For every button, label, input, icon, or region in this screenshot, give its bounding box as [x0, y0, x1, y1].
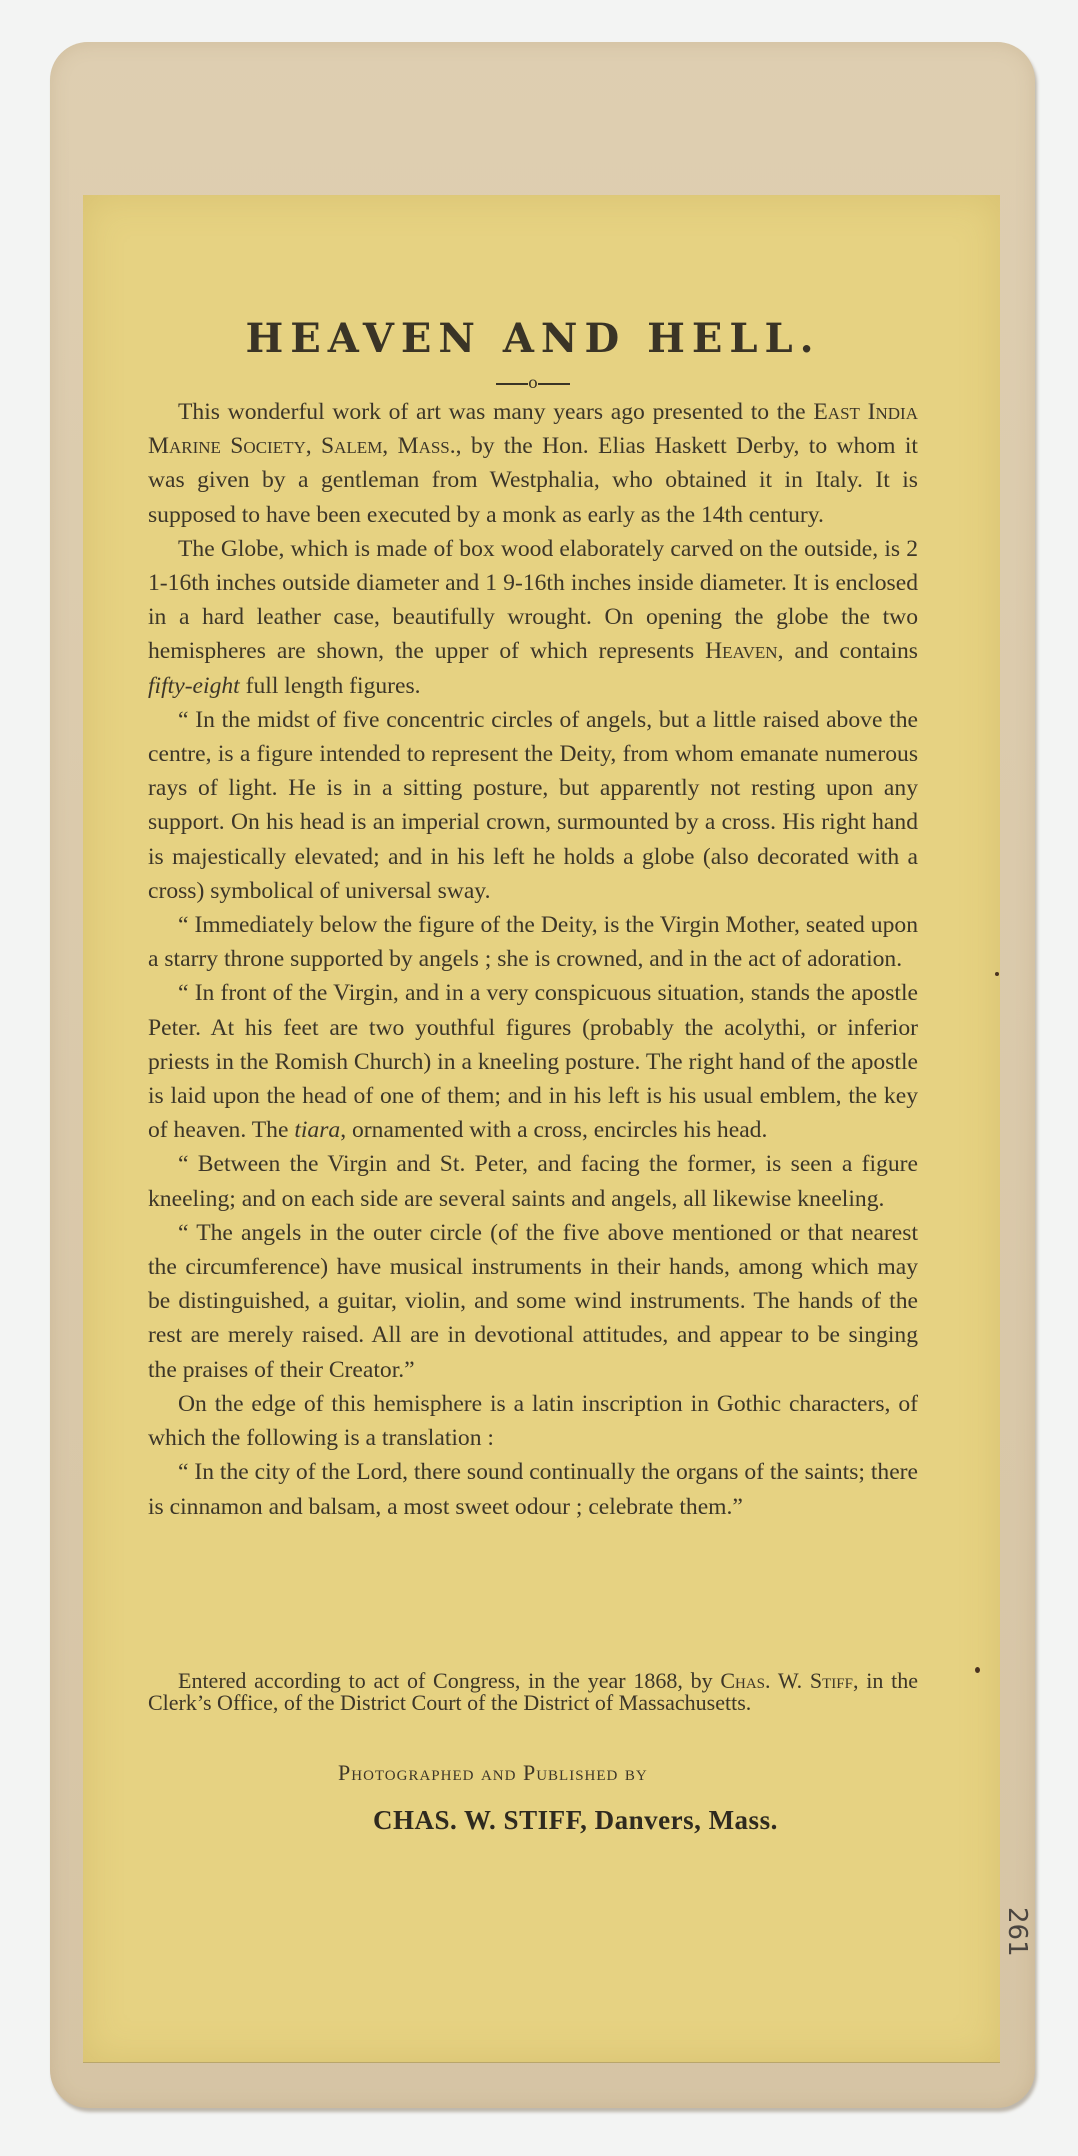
title-divider: o [148, 373, 918, 392]
body-paragraph: “ In the midst of five concentric circle… [148, 703, 918, 908]
body-paragraph: “ Between the Virgin and St. Peter, and … [148, 1147, 918, 1215]
card-mount: HEAVEN AND HELL. o This wonderful work o… [50, 42, 1035, 2108]
body-paragraph: “ In the city of the Lord, there sound c… [148, 1455, 918, 1523]
body-paragraph: “ In front of the Virgin, and in a very … [148, 976, 918, 1147]
publisher-name: CHAS. W. STIFF, Danvers, Mass. [373, 1805, 778, 1836]
printed-label: HEAVEN AND HELL. o This wonderful work o… [83, 195, 1000, 2063]
small-caps-text: Heaven [705, 638, 777, 664]
body-paragraph: “ Immediately below the figure of the De… [148, 908, 918, 976]
body-text: This wonderful work of art was many year… [148, 395, 918, 1524]
divider-line-right [538, 383, 570, 385]
copyright-notice: Entered according to act of Congress, in… [148, 1670, 918, 1714]
body-paragraph: “ The angels in the outer circle (of the… [148, 1216, 918, 1387]
ink-speck [975, 1667, 980, 1673]
body-paragraph: The Globe, which is made of box wood ela… [148, 532, 918, 703]
divider-ornament: o [528, 373, 538, 392]
small-caps-text: East India Marine Society, Salem, Mass. [148, 399, 918, 459]
document-title: HEAVEN AND HELL. [148, 315, 918, 362]
body-paragraph: On the edge of this hemisphere is a lati… [148, 1387, 918, 1455]
photographed-by-line: Photographed and Published by [338, 1760, 648, 1786]
ink-speck [995, 972, 999, 976]
italic-text: tiara [294, 1117, 340, 1143]
divider-line-left [496, 383, 528, 385]
italic-text: fifty-eight [148, 673, 240, 699]
body-paragraph: This wonderful work of art was many year… [148, 395, 918, 532]
handwritten-catalog-number: 261 [1002, 1907, 1032, 1947]
